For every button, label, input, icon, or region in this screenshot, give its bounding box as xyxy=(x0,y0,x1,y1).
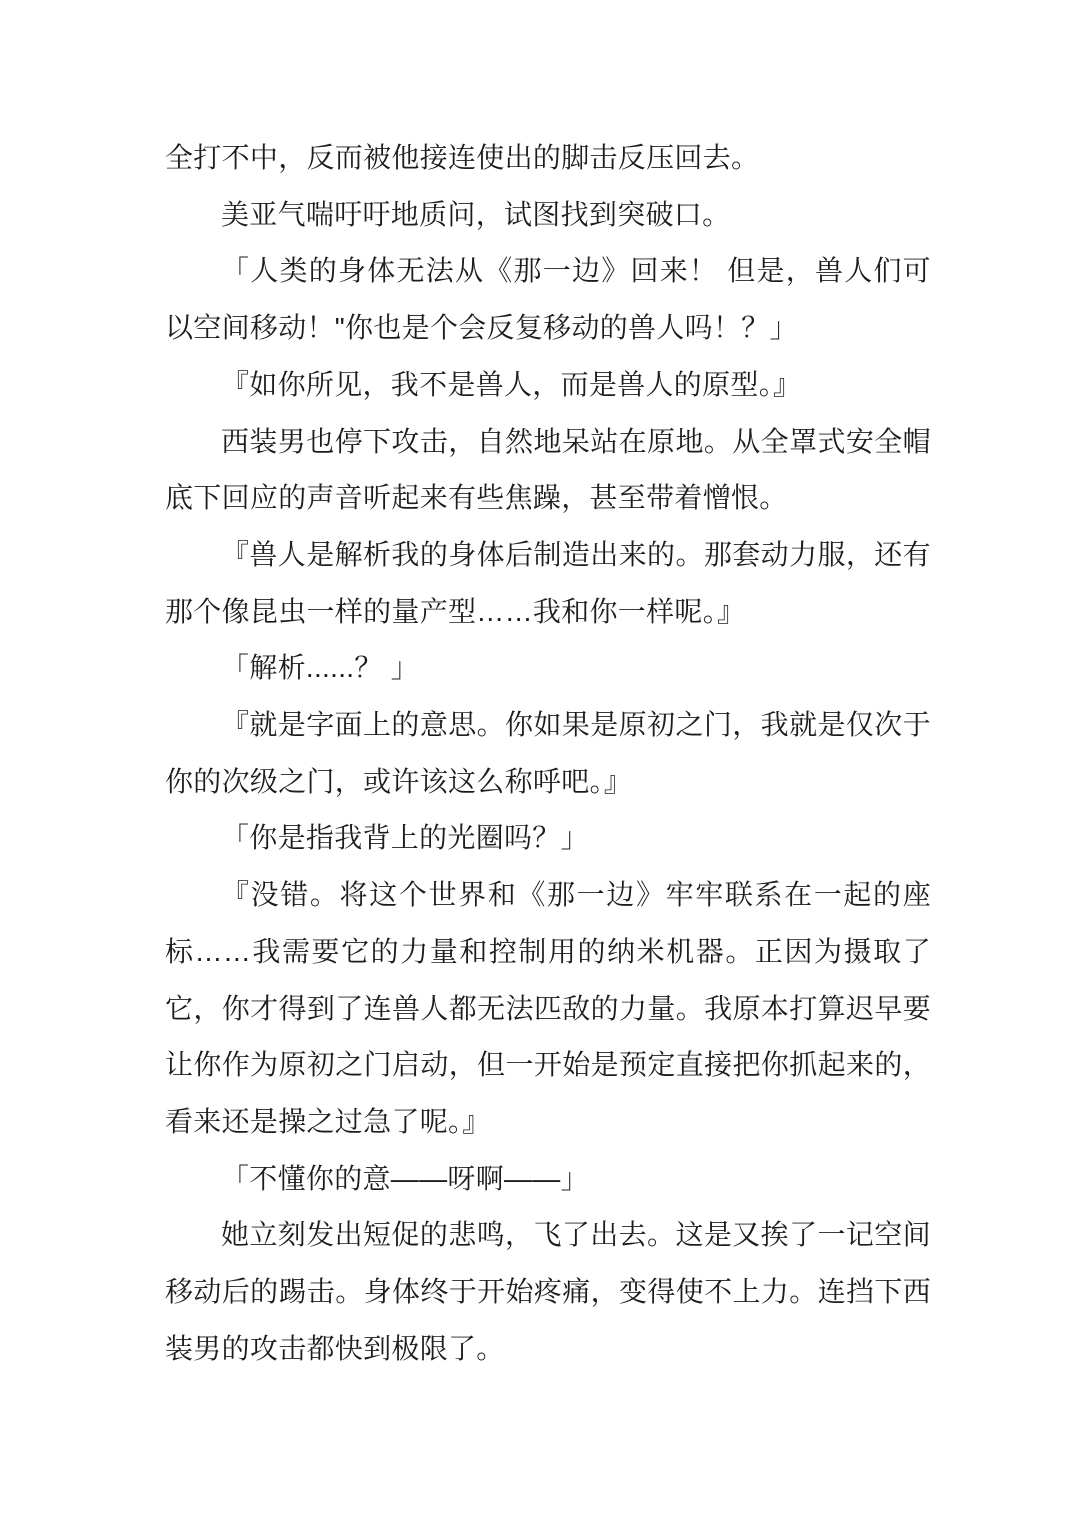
paragraph: 西装男也停下攻击，自然地呆站在原地。从全罩式安全帽底下回应的声音听起来有些焦躁，… xyxy=(165,414,931,527)
paragraph-dialogue: 「解析......？ 」 xyxy=(165,640,931,697)
paragraph-dialogue: 「人类的身体无法从《那一边》回来！ 但是，兽人们可以空间移动！"你也是个会反复移… xyxy=(165,243,931,356)
paragraph: 她立刻发出短促的悲鸣，飞了出去。这是又挨了一记空间移动后的踢击。身体终于开始疼痛… xyxy=(165,1207,931,1377)
paragraph-dialogue: 「你是指我背上的光圈吗？」 xyxy=(165,810,931,867)
paragraph-dialogue: 『兽人是解析我的身体后制造出来的。那套动力服，还有那个像昆虫一样的量产型……我和… xyxy=(165,527,931,640)
paragraph-dialogue: 『没错。将这个世界和《那一边》牢牢联系在一起的座标……我需要它的力量和控制用的纳… xyxy=(165,867,931,1151)
paragraph: 全打不中，反而被他接连使出的脚击反压回去。 xyxy=(165,130,931,187)
paragraph-dialogue: 『就是字面上的意思。你如果是原初之门，我就是仅次于你的次级之门，或许该这么称呼吧… xyxy=(165,697,931,810)
paragraph-dialogue: 『如你所见，我不是兽人，而是兽人的原型。』 xyxy=(165,357,931,414)
paragraph-dialogue: 「不懂你的意——呀啊——」 xyxy=(165,1151,931,1208)
novel-page: 全打不中，反而被他接连使出的脚击反压回去。 美亚气喘吁吁地质问，试图找到突破口。… xyxy=(165,130,931,1377)
paragraph: 美亚气喘吁吁地质问，试图找到突破口。 xyxy=(165,187,931,244)
